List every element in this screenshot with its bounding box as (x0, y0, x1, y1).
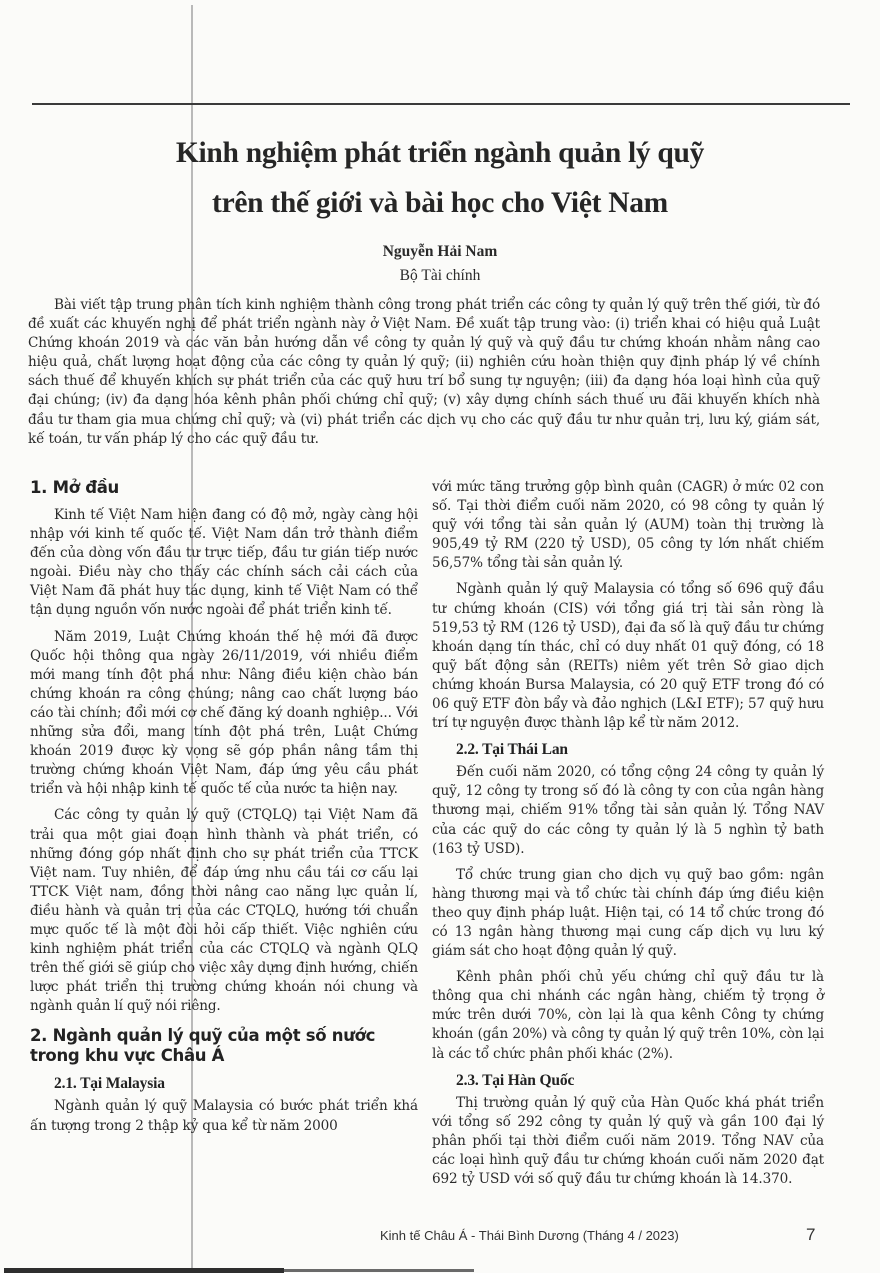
right-column: với mức tăng trưởng gộp bình quân (CAGR)… (432, 478, 824, 1196)
paragraph: Kinh tế Việt Nam hiện đang có độ mở, ngà… (30, 506, 418, 621)
subsection-heading-korea: 2.3. Tại Hàn Quốc (432, 1071, 824, 1091)
paragraph: Kênh phân phối chủ yếu chứng chỉ quỹ đầu… (432, 968, 824, 1063)
article-title: Kinh nghiệm phát triển ngành quản lý quỹ… (0, 128, 880, 228)
title-line-2: trên thế giới và bài học cho Việt Nam (0, 178, 880, 228)
abstract: Bài viết tập trung phân tích kinh nghiệm… (28, 296, 820, 449)
paragraph: Các công ty quản lý quỹ (CTQLQ) tại Việt… (30, 806, 418, 1016)
subsection-heading-thailand: 2.2. Tại Thái Lan (432, 740, 824, 760)
paragraph: Ngành quản lý quỹ Malaysia có bước phát … (30, 1097, 418, 1135)
subsection-heading-malaysia: 2.1. Tại Malaysia (30, 1074, 418, 1094)
page-number: 7 (806, 1225, 815, 1245)
left-column: 1. Mở đầu Kinh tế Việt Nam hiện đang có … (30, 478, 418, 1143)
paragraph-continued: với mức tăng trưởng gộp bình quân (CAGR)… (432, 478, 824, 573)
top-horizontal-rule (32, 103, 850, 105)
paragraph: Thị trường quản lý quỹ của Hàn Quốc khá … (432, 1094, 824, 1189)
author-name: Nguyễn Hải Nam (0, 243, 880, 261)
section-heading-introduction: 1. Mở đầu (30, 478, 418, 498)
journal-footer: Kinh tế Châu Á - Thái Bình Dương (Tháng … (380, 1228, 679, 1243)
paragraph: Đến cuối năm 2020, có tổng cộng 24 công … (432, 763, 824, 858)
scan-artifact-bottom-band-light (284, 1269, 474, 1272)
scan-artifact-bottom-band (4, 1268, 284, 1273)
section-heading-asia: 2. Ngành quản lý quỹ của một số nước tro… (30, 1026, 418, 1066)
paragraph: Tổ chức trung gian cho dịch vụ quỹ bao g… (432, 866, 824, 961)
paragraph: Năm 2019, Luật Chứng khoán thế hệ mới đã… (30, 628, 418, 800)
title-line-1: Kinh nghiệm phát triển ngành quản lý quỹ (0, 128, 880, 178)
paragraph: Ngành quản lý quỹ Malaysia có tổng số 69… (432, 580, 824, 733)
author-affiliation: Bộ Tài chính (0, 267, 880, 285)
